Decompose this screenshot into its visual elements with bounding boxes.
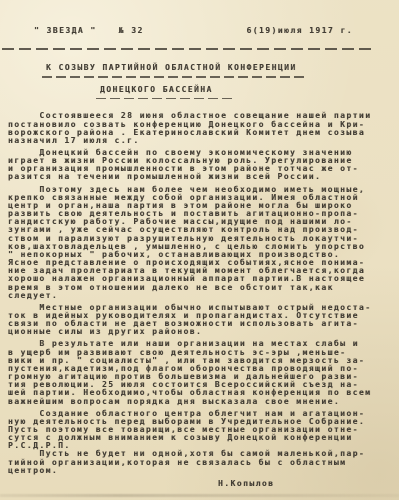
- subtitle-underline: [96, 98, 234, 100]
- body-paragraph: Местные организации обычно испытывают ос…: [8, 304, 391, 337]
- body-paragraph: Донецкий бассейн по своему экономическом…: [8, 149, 391, 182]
- body-paragraph: Поэтому здесь нам более чем необходимо и…: [8, 186, 391, 300]
- author-signature: Н.Копылов: [218, 479, 399, 488]
- header-rule: [2, 48, 375, 50]
- body-paragraph: Состоявшееся 28 июня областное совещание…: [8, 112, 391, 145]
- body-paragraph: В результате или наши организации на мес…: [8, 340, 391, 405]
- masthead-title: " ЗВЕЗДА ": [34, 26, 97, 35]
- issue-number: № 32: [119, 26, 144, 35]
- masthead-row: " ЗВЕЗДА " № 32 6(19)июля 1917 г.: [0, 0, 399, 35]
- article-subtitle: ДОНЕЦКОГО БАССЕЙНА: [100, 85, 399, 94]
- masthead-left: " ЗВЕЗДА " № 32: [34, 26, 144, 35]
- title-underline: [42, 76, 304, 78]
- article-title: К СОЗЫВУ ПАРТИЙНОЙ ОБЛАСТНОЙ КОНФЕРЕНЦИИ: [46, 63, 399, 72]
- article-body: Состоявшееся 28 июня областное совещание…: [0, 99, 399, 475]
- issue-date: 6(19)июля 1917 г.: [246, 26, 353, 35]
- body-paragraph: Создание областного центра облегчит нам …: [8, 410, 391, 475]
- document-page: " ЗВЕЗДА " № 32 6(19)июля 1917 г. К СОЗЫ…: [0, 0, 399, 500]
- title-block: К СОЗЫВУ ПАРТИЙНОЙ ОБЛАСТНОЙ КОНФЕРЕНЦИИ…: [46, 63, 399, 99]
